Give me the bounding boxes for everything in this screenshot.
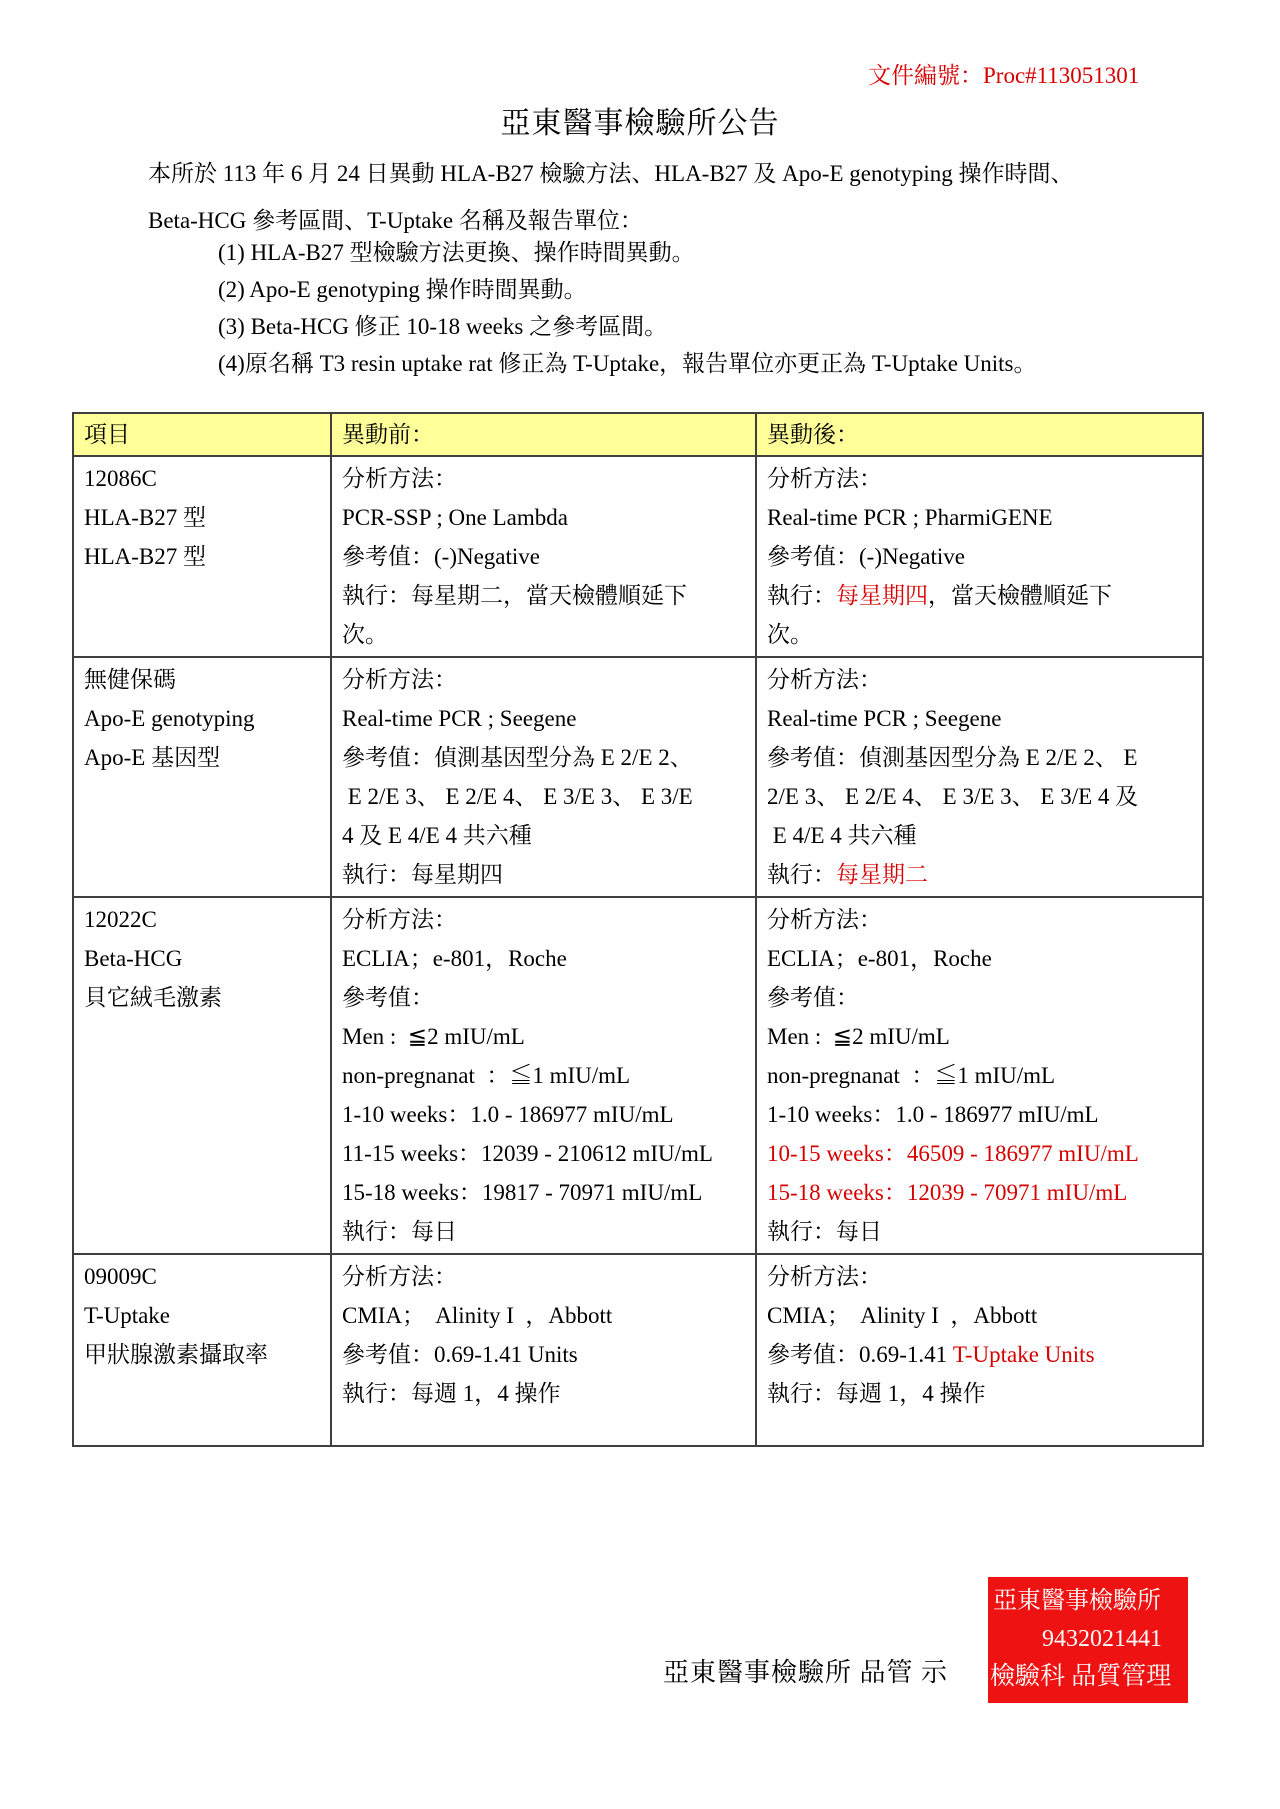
cell-text: 參考值： xyxy=(342,985,434,1010)
intro-paragraph: 本所於 113 年 6 月 24 日異動 HLA-B27 檢驗方法、HLA-B2… xyxy=(148,150,1178,244)
cell-line: 執行：每星期二 xyxy=(767,855,1192,894)
cell-text: HLA-B27 型 xyxy=(84,505,206,530)
cell-text: E 4/E 4 共六種 xyxy=(767,823,917,848)
cell-text: Apo-E genotyping xyxy=(84,706,255,731)
change-item-3: (3) Beta-HCG 修正 10-18 weeks 之參考區間。 xyxy=(218,308,1178,345)
cell-text: 甲狀腺激素攝取率 xyxy=(84,1342,268,1367)
cell-text: 12022C xyxy=(84,907,157,932)
cell-text: 參考值：偵測基因型分為 E 2/E 2、 xyxy=(342,745,693,770)
item-cell: 09009CT-Uptake甲狀腺激素攝取率 xyxy=(73,1254,331,1446)
signature-line: 亞東醫事檢驗所 品管 示 xyxy=(663,1652,948,1689)
cell-text: 參考值：0.69-1.41 Units xyxy=(342,1342,578,1367)
cell-line: CMIA； Alinity I ，Abbott xyxy=(342,1296,745,1335)
cell-text: Real-time PCR ; Seegene xyxy=(767,706,1001,731)
cell-line: Real-time PCR ; Seegene xyxy=(767,699,1192,738)
table-header-row: 項目 異動前： 異動後： xyxy=(73,413,1203,456)
change-item-4: (4)原名稱 T3 resin uptake rat 修正為 T-Uptake，… xyxy=(218,345,1178,382)
changed-text: 每星期二 xyxy=(836,862,928,887)
cell-text: non-pregnanat ：≦1 mIU/mL xyxy=(342,1063,630,1088)
table-row: 無健保碼Apo-E genotypingApo-E 基因型分析方法：Real-t… xyxy=(73,657,1203,897)
cell-text: 分析方法： xyxy=(342,907,457,932)
table-row: 09009CT-Uptake甲狀腺激素攝取率分析方法：CMIA； Alinity… xyxy=(73,1254,1203,1446)
cell-text: 無健保碼 xyxy=(84,667,176,692)
header-cell-item: 項目 xyxy=(73,413,331,456)
cell-line: Real-time PCR ; PharmiGENE xyxy=(767,498,1192,537)
cell-line: 分析方法： xyxy=(767,900,1192,939)
before-cell: 分析方法：ECLIA；e-801，Roche參考值：Men : ≦2 mIU/m… xyxy=(331,897,756,1254)
cell-line: E 4/E 4 共六種 xyxy=(767,816,1192,855)
cell-text: 執行：每日 xyxy=(767,1219,882,1244)
cell-text: 分析方法： xyxy=(342,466,457,491)
cell-line: 11-15 weeks：12039 - 210612 mIU/mL xyxy=(342,1134,745,1173)
cell-text: 參考值：(-)Negative xyxy=(767,544,965,569)
cell-text: 執行：每星期二，當天檢體順延下 xyxy=(342,583,687,608)
change-list: (1) HLA-B27 型檢驗方法更換、操作時間異動。 (2) Apo-E ge… xyxy=(218,234,1178,382)
cell-line: 次。 xyxy=(767,615,1192,654)
cell-line: 分析方法： xyxy=(342,900,745,939)
announcement-table: 項目 異動前： 異動後： 12086CHLA-B27 型HLA-B27 型分析方… xyxy=(72,412,1204,1447)
cell-text: 分析方法： xyxy=(767,907,882,932)
stamp-org-name: 亞東醫事檢驗所 xyxy=(988,1582,1188,1620)
cell-text: 參考值： xyxy=(767,985,859,1010)
cell-text: 參考值：0.69-1.41 xyxy=(767,1342,953,1367)
cell-line: 參考值：偵測基因型分為 E 2/E 2、 xyxy=(342,738,745,777)
cell-text: 執行： xyxy=(767,862,836,887)
cell-line: 執行：每星期四，當天檢體順延下 xyxy=(767,576,1192,615)
stamp-number: 9432021441 xyxy=(988,1620,1188,1658)
cell-line: 分析方法： xyxy=(342,660,745,699)
cell-text: E 2/E 3、 E 2/E 4、 E 3/E 3、 E 3/E xyxy=(342,784,693,809)
cell-text: Real-time PCR ; Seegene xyxy=(342,706,576,731)
cell-text: non-pregnanat ：≦1 mIU/mL xyxy=(767,1063,1055,1088)
cell-line: Real-time PCR ; Seegene xyxy=(342,699,745,738)
cell-line: ECLIA；e-801，Roche xyxy=(342,939,745,978)
cell-line: Apo-E 基因型 xyxy=(84,738,320,777)
header-cell-before: 異動前： xyxy=(331,413,756,456)
changed-text: 每星期四 xyxy=(836,583,928,608)
after-cell: 分析方法：Real-time PCR ; PharmiGENE參考值：(-)Ne… xyxy=(756,456,1203,657)
cell-text: 執行：每日 xyxy=(342,1219,457,1244)
cell-line: 執行：每週 1，4 操作 xyxy=(342,1374,745,1413)
cell-text: CMIA； Alinity I ，Abbott xyxy=(342,1303,612,1328)
cell-text: ECLIA；e-801，Roche xyxy=(342,946,567,971)
cell-text: 11-15 weeks：12039 - 210612 mIU/mL xyxy=(342,1141,713,1166)
cell-text: 09009C xyxy=(84,1264,157,1289)
announcement-page: { "doc_number": "文件編號：Proc#113051301", "… xyxy=(0,0,1280,1809)
cell-line: 12022C xyxy=(84,900,320,939)
cell-line: 甲狀腺激素攝取率 xyxy=(84,1335,320,1374)
cell-text: 分析方法： xyxy=(342,1264,457,1289)
cell-text: 分析方法： xyxy=(767,466,882,491)
cell-text: 分析方法： xyxy=(342,667,457,692)
table-row: 12086CHLA-B27 型HLA-B27 型分析方法：PCR-SSP ; O… xyxy=(73,456,1203,657)
cell-text: 1-10 weeks：1.0 - 186977 mIU/mL xyxy=(767,1102,1099,1127)
item-cell: 無健保碼Apo-E genotypingApo-E 基因型 xyxy=(73,657,331,897)
cell-line: HLA-B27 型 xyxy=(84,498,320,537)
cell-line: Men : ≦2 mIU/mL xyxy=(767,1017,1192,1056)
changed-text: 10-15 weeks：46509 - 186977 mIU/mL xyxy=(767,1141,1139,1166)
cell-text: CMIA； Alinity I ，Abbott xyxy=(767,1303,1037,1328)
before-cell: 分析方法：Real-time PCR ; Seegene參考值：偵測基因型分為 … xyxy=(331,657,756,897)
cell-line: PCR-SSP ; One Lambda xyxy=(342,498,745,537)
cell-line: 分析方法： xyxy=(342,459,745,498)
cell-line: 15-18 weeks：12039 - 70971 mIU/mL xyxy=(767,1173,1192,1212)
cell-text: ECLIA；e-801，Roche xyxy=(767,946,992,971)
cell-line: 執行：每週 1，4 操作 xyxy=(767,1374,1192,1413)
cell-text: 執行：每週 1，4 操作 xyxy=(342,1381,561,1406)
cell-text: 12086C xyxy=(84,466,157,491)
intro-line: 本所於 113 年 6 月 24 日異動 HLA-B27 檢驗方法、HLA-B2… xyxy=(148,150,1178,197)
cell-line: Apo-E genotyping xyxy=(84,699,320,738)
cell-line: ECLIA；e-801，Roche xyxy=(767,939,1192,978)
cell-line: Men : ≦2 mIU/mL xyxy=(342,1017,745,1056)
table-body: 12086CHLA-B27 型HLA-B27 型分析方法：PCR-SSP ; O… xyxy=(73,456,1203,1446)
cell-text: 2/E 3、 E 2/E 4、 E 3/E 3、 E 3/E 4 及 xyxy=(767,784,1138,809)
cell-text: Men : ≦2 mIU/mL xyxy=(342,1024,525,1049)
item-cell: 12022CBeta-HCG貝它絨毛激素 xyxy=(73,897,331,1254)
cell-text: 次。 xyxy=(767,622,813,647)
header-cell-after: 異動後： xyxy=(756,413,1203,456)
cell-line: 15-18 weeks：19817 - 70971 mIU/mL xyxy=(342,1173,745,1212)
cell-line: 參考值： xyxy=(342,978,745,1017)
cell-line: CMIA； Alinity I ，Abbott xyxy=(767,1296,1192,1335)
after-cell: 分析方法：CMIA； Alinity I ，Abbott參考值：0.69-1.4… xyxy=(756,1254,1203,1446)
cell-line: 4 及 E 4/E 4 共六種 xyxy=(342,816,745,855)
cell-line: 參考值：偵測基因型分為 E 2/E 2、 E xyxy=(767,738,1192,777)
cell-line: Beta-HCG xyxy=(84,939,320,978)
cell-line: HLA-B27 型 xyxy=(84,537,320,576)
cell-line: 參考值：0.69-1.41 Units xyxy=(342,1335,745,1374)
cell-line: 執行：每日 xyxy=(342,1212,745,1251)
changed-text: T-Uptake Units xyxy=(953,1342,1095,1367)
cell-line: 無健保碼 xyxy=(84,660,320,699)
cell-text: 1-10 weeks：1.0 - 186977 mIU/mL xyxy=(342,1102,674,1127)
cell-line: 1-10 weeks：1.0 - 186977 mIU/mL xyxy=(767,1095,1192,1134)
page-title: 亞東醫事檢驗所公告 xyxy=(0,98,1280,142)
cell-text: 執行：每週 1，4 操作 xyxy=(767,1381,986,1406)
after-cell: 分析方法：ECLIA；e-801，Roche參考值：Men : ≦2 mIU/m… xyxy=(756,897,1203,1254)
cell-text: 4 及 E 4/E 4 共六種 xyxy=(342,823,532,848)
cell-text: 執行： xyxy=(767,583,836,608)
cell-line: 分析方法： xyxy=(342,1257,745,1296)
cell-text: 分析方法： xyxy=(767,667,882,692)
cell-line: 分析方法： xyxy=(767,660,1192,699)
after-cell: 分析方法：Real-time PCR ; Seegene參考值：偵測基因型分為 … xyxy=(756,657,1203,897)
table-header: 項目 異動前： 異動後： xyxy=(73,413,1203,456)
before-cell: 分析方法：PCR-SSP ; One Lambda參考值：(-)Negative… xyxy=(331,456,756,657)
cell-line: 1-10 weeks：1.0 - 186977 mIU/mL xyxy=(342,1095,745,1134)
table-row: 12022CBeta-HCG貝它絨毛激素分析方法：ECLIA；e-801，Roc… xyxy=(73,897,1203,1254)
cell-text: Real-time PCR ; PharmiGENE xyxy=(767,505,1053,530)
cell-text: 15-18 weeks：19817 - 70971 mIU/mL xyxy=(342,1180,702,1205)
cell-line: 10-15 weeks：46509 - 186977 mIU/mL xyxy=(767,1134,1192,1173)
cell-line: 分析方法： xyxy=(767,459,1192,498)
document-number: 文件編號：Proc#113051301 xyxy=(868,57,1139,90)
cell-text: T-Uptake xyxy=(84,1303,170,1328)
item-cell: 12086CHLA-B27 型HLA-B27 型 xyxy=(73,456,331,657)
cell-line: E 2/E 3、 E 2/E 4、 E 3/E 3、 E 3/E xyxy=(342,777,745,816)
cell-text: Beta-HCG xyxy=(84,946,182,971)
cell-text: HLA-B27 型 xyxy=(84,544,206,569)
cell-line: 執行：每星期四 xyxy=(342,855,745,894)
cell-text: 參考值：偵測基因型分為 E 2/E 2、 E xyxy=(767,745,1138,770)
cell-line: 09009C xyxy=(84,1257,320,1296)
cell-line: 執行：每日 xyxy=(767,1212,1192,1251)
cell-text: 參考值：(-)Negative xyxy=(342,544,540,569)
before-cell: 分析方法：CMIA； Alinity I ，Abbott參考值：0.69-1.4… xyxy=(331,1254,756,1446)
approval-stamp: 亞東醫事檢驗所 9432021441 檢驗科 品質管理 xyxy=(988,1577,1188,1703)
cell-line: non-pregnanat ：≦1 mIU/mL xyxy=(342,1056,745,1095)
cell-line: 貝它絨毛激素 xyxy=(84,978,320,1017)
cell-text: 貝它絨毛激素 xyxy=(84,985,222,1010)
cell-line: 分析方法： xyxy=(767,1257,1192,1296)
change-item-1: (1) HLA-B27 型檢驗方法更換、操作時間異動。 xyxy=(218,234,1178,271)
cell-text: Apo-E 基因型 xyxy=(84,745,220,770)
cell-line: non-pregnanat ：≦1 mIU/mL xyxy=(767,1056,1192,1095)
cell-line: 執行：每星期二，當天檢體順延下 xyxy=(342,576,745,615)
changed-text: 15-18 weeks：12039 - 70971 mIU/mL xyxy=(767,1180,1127,1205)
change-item-2: (2) Apo-E genotyping 操作時間異動。 xyxy=(218,271,1178,308)
cell-text: 分析方法： xyxy=(767,1264,882,1289)
cell-line: 2/E 3、 E 2/E 4、 E 3/E 3、 E 3/E 4 及 xyxy=(767,777,1192,816)
cell-line: 次。 xyxy=(342,615,745,654)
cell-text: PCR-SSP ; One Lambda xyxy=(342,505,568,530)
cell-line: 參考值：0.69-1.41 T-Uptake Units xyxy=(767,1335,1192,1374)
cell-line: 參考值：(-)Negative xyxy=(767,537,1192,576)
cell-text: 執行：每星期四 xyxy=(342,862,503,887)
cell-line: 12086C xyxy=(84,459,320,498)
cell-text: ，當天檢體順延下 xyxy=(928,583,1112,608)
cell-line: 參考值：(-)Negative xyxy=(342,537,745,576)
cell-text: 次。 xyxy=(342,622,388,647)
cell-line: 參考值： xyxy=(767,978,1192,1017)
stamp-department: 檢驗科 品質管理 xyxy=(988,1658,1188,1696)
cell-line: T-Uptake xyxy=(84,1296,320,1335)
cell-text: Men : ≦2 mIU/mL xyxy=(767,1024,950,1049)
